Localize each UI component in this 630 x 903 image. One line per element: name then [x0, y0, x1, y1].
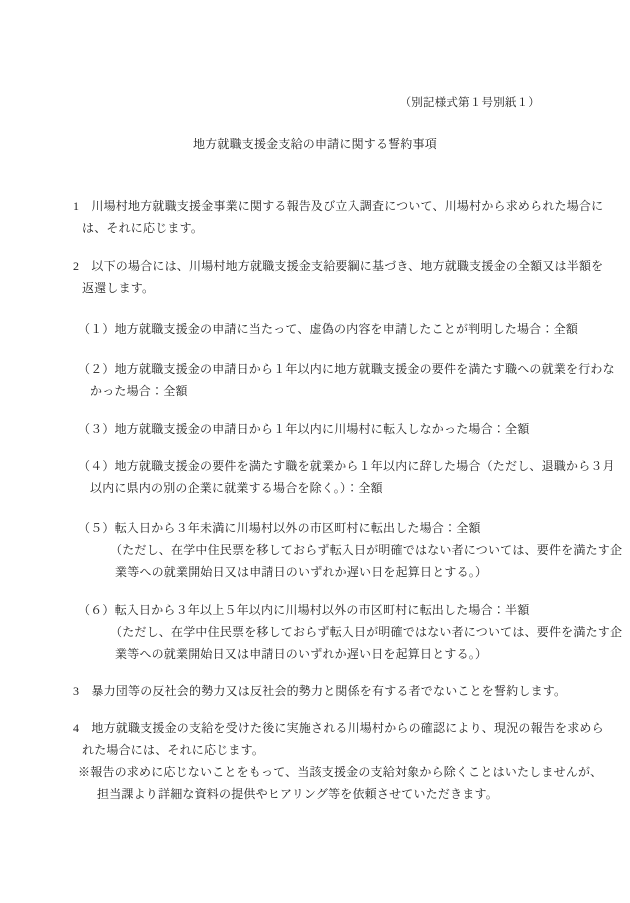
refund-case-3-line-1: （３）地方就職支援金の申請日から１年以内に川場村に転入しなかった場合：全額 — [78, 418, 630, 440]
pledge-item-4-note-line-1: ※報告の求めに応じないことをもって、当該支援金の支給対象から除くことはいたしませ… — [78, 761, 630, 783]
pledge-item-4-line-1: 4 地方就職支援金の支給を受けた後に実施される川場村からの確認により、現況の報告… — [73, 717, 630, 739]
refund-case-1-line-1: （１）地方就職支援金の申請に当たって、虚偽の内容を申請したことが判明した場合：全… — [78, 318, 630, 340]
page-title: 地方就職支援金支給の申請に関する誓約事項 — [63, 133, 630, 155]
pledge-item-4: 4 地方就職支援金の支給を受けた後に実施される川場村からの確認により、現況の報告… — [63, 717, 630, 805]
pledge-item-1: 1 川場村地方就職支援金事業に関する報告及び立入調査について、川場村から求められ… — [63, 195, 630, 239]
pledge-item-1-line-1: 1 川場村地方就職支援金事業に関する報告及び立入調査について、川場村から求められ… — [73, 195, 630, 217]
refund-case-2-line-2: かった場合：全額 — [90, 380, 630, 402]
pledge-item-3-line-1: 3 暴力団等の反社会的勢力又は反社会的勢力と関係を有する者でないことを誓約します… — [73, 680, 630, 702]
refund-case-5-line-2: （ただし、在学中住民票を移しておらず転入日が明確ではない者については、要件を満た… — [110, 539, 630, 561]
refund-case-4: （４）地方就職支援金の要件を満たす職を就業から１年以内に辞した場合（ただし、退職… — [63, 455, 630, 499]
refund-case-1: （１）地方就職支援金の申請に当たって、虚偽の内容を申請したことが判明した場合：全… — [63, 318, 630, 340]
refund-case-6-line-2: （ただし、在学中住民票を移しておらず転入日が明確ではない者については、要件を満た… — [110, 621, 630, 643]
refund-case-3: （３）地方就職支援金の申請日から１年以内に川場村に転入しなかった場合：全額 — [63, 418, 630, 440]
refund-case-6-line-3: 業等への就業開始日又は申請日のいずれか遅い日を起算日とする。） — [115, 643, 630, 665]
refund-case-6-line-1: （６）転入日から３年以上５年以内に川場村以外の市区町村に転出した場合：半額 — [78, 599, 630, 621]
pledge-item-4-note-line-2: 担当課より詳細な資料の提供やヒアリング等を依頼させていただきます。 — [97, 783, 630, 805]
refund-case-5-line-1: （５）転入日から３年未満に川場村以外の市区町村に転出した場合：全額 — [78, 517, 630, 539]
refund-case-6: （６）転入日から３年以上５年以内に川場村以外の市区町村に転出した場合：半額 （た… — [63, 599, 630, 665]
document-page: （別記様式第１号別紙１） 地方就職支援金支給の申請に関する誓約事項 1 川場村地… — [0, 0, 630, 903]
pledge-item-3: 3 暴力団等の反社会的勢力又は反社会的勢力と関係を有する者でないことを誓約します… — [63, 680, 630, 702]
refund-case-5: （５）転入日から３年未満に川場村以外の市区町村に転出した場合：全額 （ただし、在… — [63, 517, 630, 583]
refund-case-2-line-1: （２）地方就職支援金の申請日から１年以内に地方就職支援金の要件を満たす職への就業… — [78, 358, 630, 380]
pledge-item-2-line-2: 返還します。 — [82, 277, 630, 299]
pledge-item-1-line-2: は、それに応じます。 — [82, 217, 630, 239]
pledge-item-2: 2 以下の場合には、川場村地方就職支援金支給要綱に基づき、地方就職支援金の全額又… — [63, 255, 630, 299]
pledge-item-4-line-2: れた場合には、それに応じます。 — [82, 739, 630, 761]
form-label: （別記様式第１号別紙１） — [63, 92, 630, 114]
refund-case-2: （２）地方就職支援金の申請日から１年以内に地方就職支援金の要件を満たす職への就業… — [63, 358, 630, 402]
refund-case-5-line-3: 業等への就業開始日又は申請日のいずれか遅い日を起算日とする。） — [115, 561, 630, 583]
pledge-item-2-line-1: 2 以下の場合には、川場村地方就職支援金支給要綱に基づき、地方就職支援金の全額又… — [73, 255, 630, 277]
refund-case-4-line-1: （４）地方就職支援金の要件を満たす職を就業から１年以内に辞した場合（ただし、退職… — [78, 455, 630, 477]
refund-case-4-line-2: 以内に県内の別の企業に就業する場合を除く。）：全額 — [90, 477, 630, 499]
